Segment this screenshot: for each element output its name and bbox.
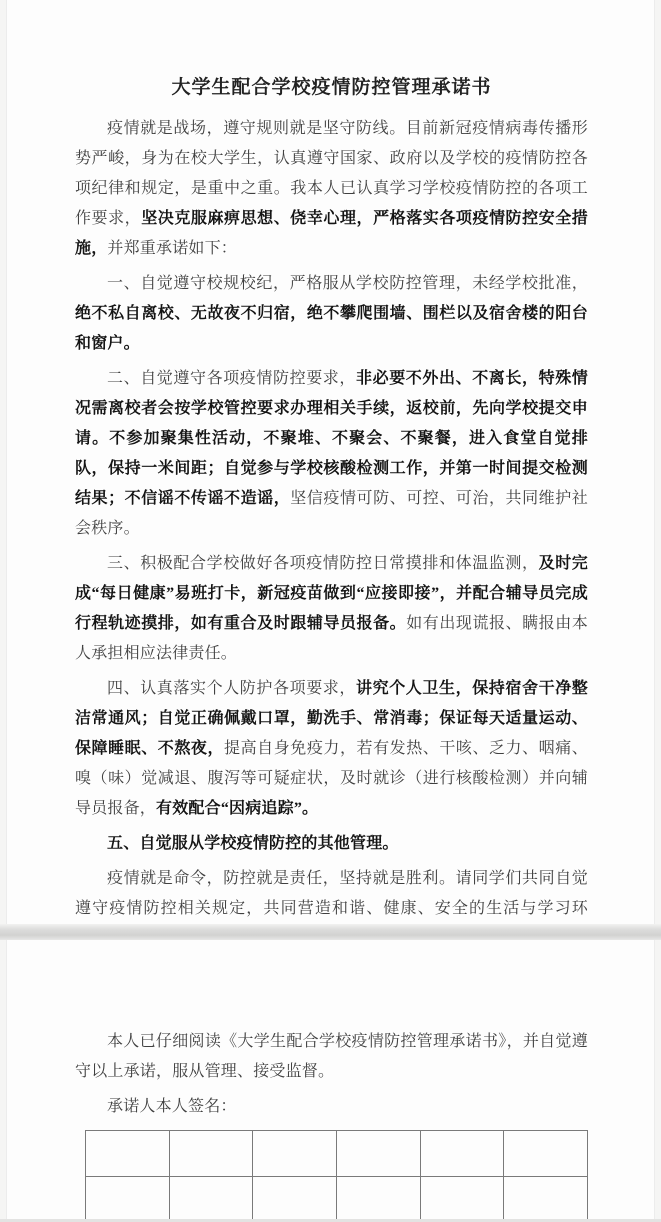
signature-table-row (86, 1131, 588, 1177)
page-1-body: 疫情就是战场，遵守规则就是坚守防线。目前新冠疫情病毒传播形势严峻，身为在校大学生… (75, 114, 588, 954)
text-segment: 二、自觉遵守各项疫情防控要求， (107, 370, 356, 387)
bold-text-segment: 有效配合“因病追踪”。 (156, 800, 318, 817)
text-segment: 一、自觉遵守校规校纪，严格服从学校防控管理，未经学校批准， (107, 275, 588, 292)
signature-cell (336, 1131, 420, 1177)
paragraph: 一、自觉遵守校规校纪，严格服从学校防控管理，未经学校批准，绝不私自离校、无故夜不… (75, 269, 588, 359)
paragraph: 承诺人本人签名： (75, 1092, 588, 1122)
text-segment: 承诺人本人签名： (107, 1098, 237, 1115)
bold-text-segment: 五、自觉服从学校疫情防控的其他管理。 (107, 835, 399, 852)
page-2: 本人已仔细阅读《大学生配合学校疫情防控管理承诺书》，并自觉遵守以上承诺，服从管理… (6, 940, 655, 1222)
signature-cell (253, 1131, 337, 1177)
signature-cell (253, 1177, 337, 1222)
signature-cell (336, 1177, 420, 1222)
signature-table-row (86, 1177, 588, 1222)
signature-cell (169, 1177, 253, 1222)
signature-cell (504, 1131, 588, 1177)
signature-cell (420, 1177, 504, 1222)
page-divider (0, 924, 661, 940)
paragraph: 本人已仔细阅读《大学生配合学校疫情防控管理承诺书》，并自觉遵守以上承诺，服从管理… (75, 1027, 588, 1087)
paragraph: 疫情就是战场，遵守规则就是坚守防线。目前新冠疫情病毒传播形势严峻，身为在校大学生… (75, 114, 588, 264)
signature-table (85, 1130, 588, 1222)
signature-cell (169, 1131, 253, 1177)
bold-text-segment: 非必要不外出、不离长，特殊情况需离校者会按学校管控要求办理相关手续，返校前，先向… (75, 370, 588, 507)
paragraph: 二、自觉遵守各项疫情防控要求，非必要不外出、不离长，特殊情况需离校者会按学校管控… (75, 364, 588, 544)
text-segment: 并郑重承诺如下： (107, 240, 237, 257)
text-segment: 本人已仔细阅读《大学生配合学校疫情防控管理承诺书》，并自觉遵守以上承诺，服从管理… (75, 1033, 588, 1080)
text-segment: 三、积极配合学校做好各项疫情防控日常摸排和体温监测， (107, 555, 539, 572)
document-title: 大学生配合学校疫情防控管理承诺书 (75, 74, 588, 101)
signature-cell (420, 1131, 504, 1177)
page-1: 大学生配合学校疫情防控管理承诺书 疫情就是战场，遵守规则就是坚守防线。目前新冠疫… (6, 0, 655, 924)
page-2-body: 本人已仔细阅读《大学生配合学校疫情防控管理承诺书》，并自觉遵守以上承诺，服从管理… (75, 1027, 588, 1122)
signature-cell (86, 1131, 170, 1177)
text-segment: 四、认真落实个人防护各项要求， (107, 680, 356, 697)
paragraph: 四、认真落实个人防护各项要求，讲究个人卫生，保持宿舍干净整洁常通风；自觉正确佩戴… (75, 674, 588, 824)
document-viewer: { "page1": { "title": "大学生配合学校疫情防控管理承诺书"… (0, 0, 661, 1222)
paragraph: 五、自觉服从学校疫情防控的其他管理。 (75, 829, 588, 859)
signature-cell (504, 1177, 588, 1222)
signature-cell (86, 1177, 170, 1222)
bold-text-segment: 绝不私自离校、无故夜不归宿，绝不攀爬围墙、围栏以及宿舍楼的阳台和窗户。 (75, 305, 588, 352)
paragraph: 三、积极配合学校做好各项疫情防控日常摸排和体温监测，及时完成“每日健康”易班打卡… (75, 549, 588, 669)
